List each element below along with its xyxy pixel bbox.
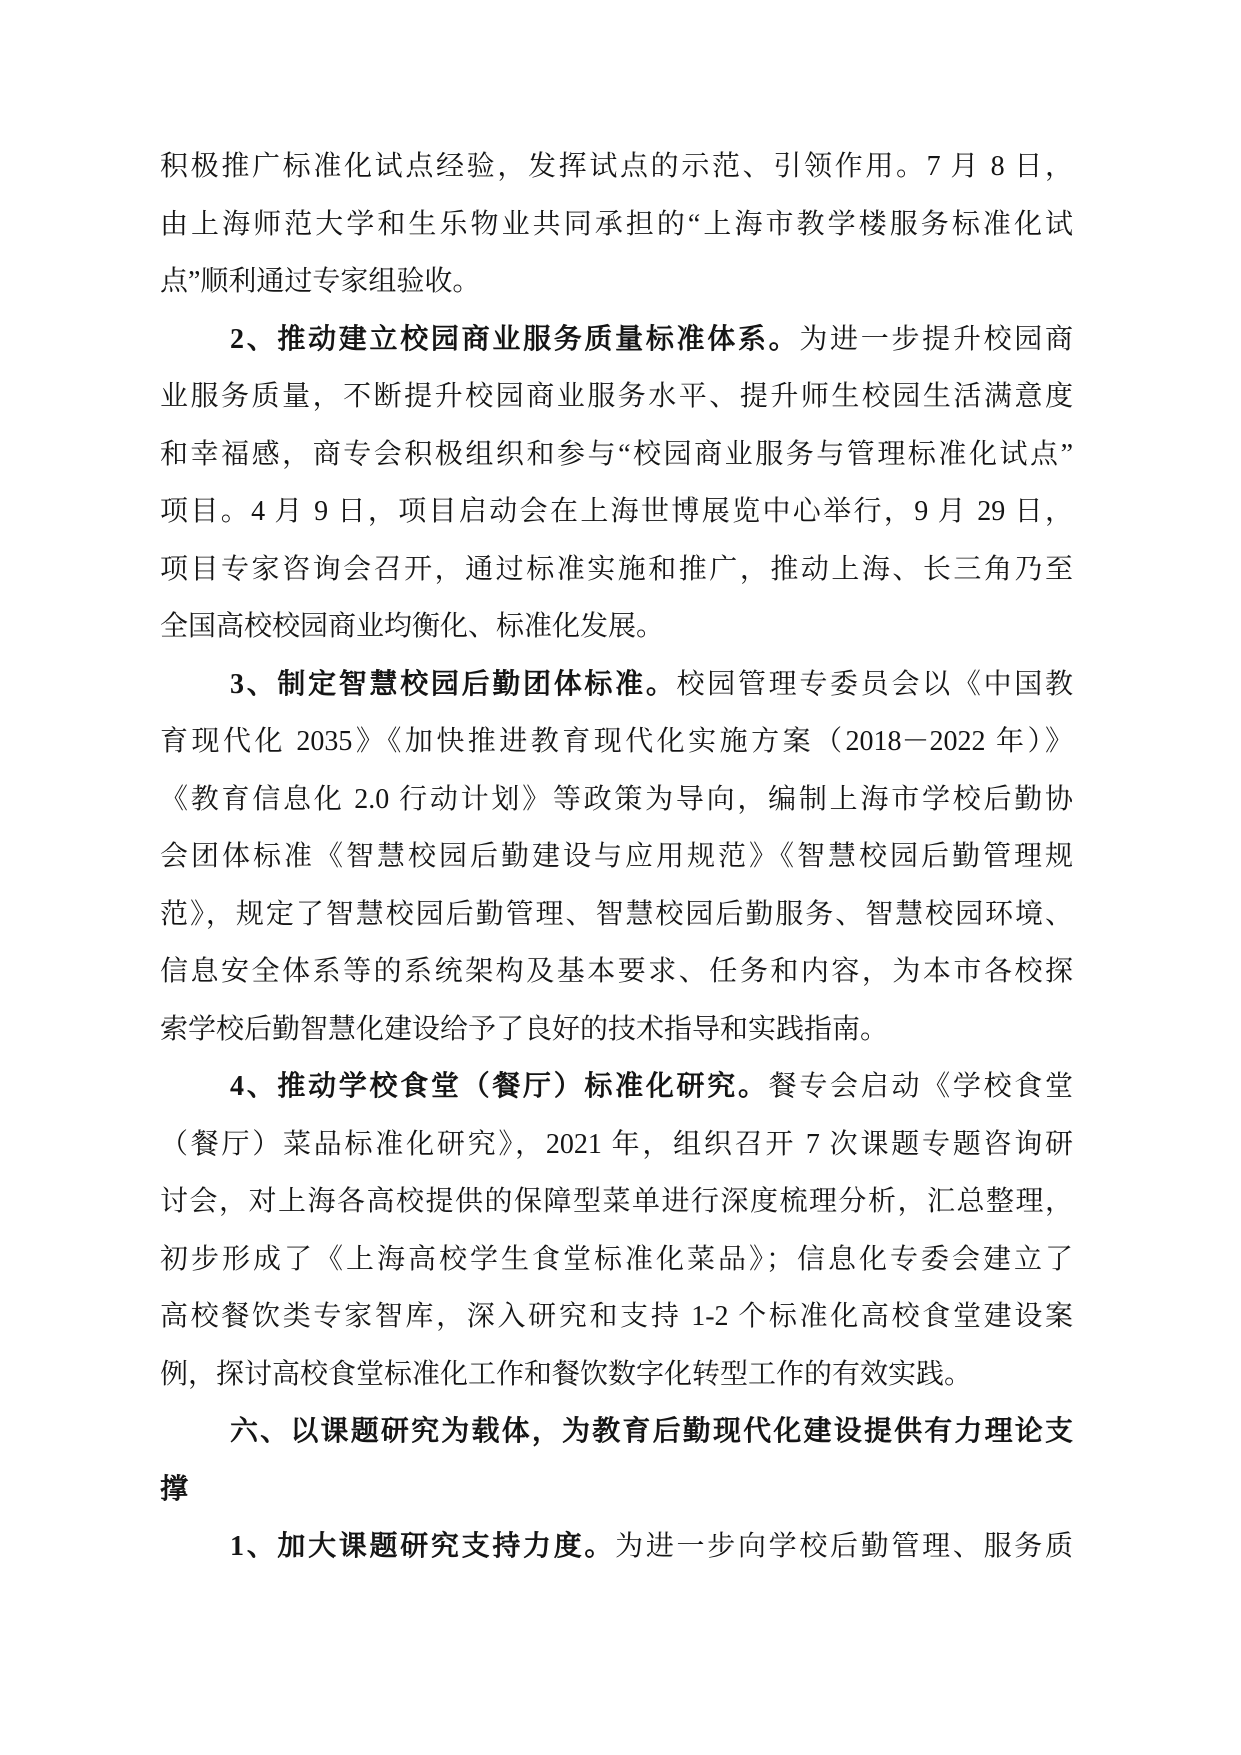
- text-line: 4、推动学校食堂（餐厅）标准化研究。餐专会启动《学校食堂: [160, 1058, 1073, 1116]
- text-line: 索学校后勤智慧化建设给予了良好的技术指导和实践指南。: [160, 1001, 1073, 1059]
- text-line: （餐厅）菜品标准化研究》，2021 年，组织召开 7 次课题专题咨询研: [160, 1116, 1073, 1174]
- text-segment: 积极推广标准化试点经验，发挥试点的示范、引领作用。7 月 8 日，: [160, 151, 1073, 182]
- text-line: 会团体标准《智慧校园后勤建设与应用规范》《智慧校园后勤管理规: [160, 828, 1073, 886]
- text-line: 和幸福感，商专会积极组织和参与“校园商业服务与管理标准化试点”: [160, 426, 1073, 484]
- text-line: 1、加大课题研究支持力度。为进一步向学校后勤管理、服务质: [160, 1518, 1073, 1576]
- text-segment: 范》，规定了智慧校园后勤管理、智慧校园后勤服务、智慧校园环境、: [160, 899, 1073, 930]
- text-segment: 《教育信息化 2.0 行动计划》等政策为导向，编制上海市学校后勤协: [160, 784, 1073, 815]
- text-segment: 信息安全体系等的系统架构及基本要求、任务和内容，为本市各校探: [160, 956, 1073, 987]
- text-line: 项目。4 月 9 日，项目启动会在上海世博展览中心举行，9 月 29 日，: [160, 483, 1073, 541]
- text-block: 积极推广标准化试点经验，发挥试点的示范、引领作用。7 月 8 日，由上海师范大学…: [160, 138, 1073, 1576]
- bold-text-segment: 2、推动建立校园商业服务质量标准体系。: [230, 324, 799, 355]
- text-segment: 项目专家咨询会召开，通过标准实施和推广，推动上海、长三角乃至: [160, 554, 1073, 585]
- text-segment: 由上海师范大学和生乐物业共同承担的“上海市教学楼服务标准化试: [160, 209, 1073, 240]
- document-page: 积极推广标准化试点经验，发挥试点的示范、引领作用。7 月 8 日，由上海师范大学…: [0, 0, 1241, 1755]
- text-line: 3、制定智慧校园后勤团体标准。校园管理专委员会以《中国教: [160, 656, 1073, 714]
- text-segment: 校园管理专委员会以《中国教: [677, 669, 1073, 700]
- text-line: 范》，规定了智慧校园后勤管理、智慧校园后勤服务、智慧校园环境、: [160, 886, 1073, 944]
- text-line: 业服务质量，不断提升校园商业服务水平、提升师生校园生活满意度: [160, 368, 1073, 426]
- text-segment: 全国高校校园商业均衡化、标准化发展。: [160, 611, 664, 642]
- text-line: 高校餐饮类专家智库，深入研究和支持 1-2 个标准化高校食堂建设案: [160, 1288, 1073, 1346]
- text-segment: 索学校后勤智慧化建设给予了良好的技术指导和实践指南。: [160, 1014, 888, 1045]
- text-segment: 点”顺利通过专家组验收。: [160, 266, 480, 297]
- text-segment: 业服务质量，不断提升校园商业服务水平、提升师生校园生活满意度: [160, 381, 1073, 412]
- text-line: 例，探讨高校食堂标准化工作和餐饮数字化转型工作的有效实践。: [160, 1346, 1073, 1404]
- text-segment: 餐专会启动《学校食堂: [769, 1071, 1073, 1102]
- text-line: 《教育信息化 2.0 行动计划》等政策为导向，编制上海市学校后勤协: [160, 771, 1073, 829]
- text-segment: 和幸福感，商专会积极组织和参与“校园商业服务与管理标准化试点”: [160, 439, 1073, 470]
- text-segment: 讨会，对上海各高校提供的保障型菜单进行深度梳理分析，汇总整理，: [160, 1186, 1073, 1217]
- bold-text-segment: 3、制定智慧校园后勤团体标准。: [230, 669, 677, 700]
- text-line: 信息安全体系等的系统架构及基本要求、任务和内容，为本市各校探: [160, 943, 1073, 1001]
- text-line: 讨会，对上海各高校提供的保障型菜单进行深度梳理分析，汇总整理，: [160, 1173, 1073, 1231]
- text-line: 撑: [160, 1461, 1073, 1519]
- bold-text-segment: 六、以课题研究为载体，为教育后勤现代化建设提供有力理论支: [230, 1416, 1073, 1447]
- text-segment: 高校餐饮类专家智库，深入研究和支持 1-2 个标准化高校食堂建设案: [160, 1301, 1073, 1332]
- text-segment: 育现代化 2035》《加快推进教育现代化实施方案（2018－2022 年）》: [160, 726, 1073, 757]
- text-line: 由上海师范大学和生乐物业共同承担的“上海市教学楼服务标准化试: [160, 196, 1073, 254]
- text-line: 初步形成了《上海高校学生食堂标准化菜品》；信息化专委会建立了: [160, 1231, 1073, 1289]
- text-line: 点”顺利通过专家组验收。: [160, 253, 1073, 311]
- text-segment: （餐厅）菜品标准化研究》，2021 年，组织召开 7 次课题专题咨询研: [160, 1129, 1073, 1160]
- text-segment: 例，探讨高校食堂标准化工作和餐饮数字化转型工作的有效实践。: [160, 1359, 972, 1390]
- text-line: 2、推动建立校园商业服务质量标准体系。为进一步提升校园商: [160, 311, 1073, 369]
- bold-text-segment: 撑: [160, 1474, 188, 1505]
- text-line: 六、以课题研究为载体，为教育后勤现代化建设提供有力理论支: [160, 1403, 1073, 1461]
- text-line: 项目专家咨询会召开，通过标准实施和推广，推动上海、长三角乃至: [160, 541, 1073, 599]
- text-line: 全国高校校园商业均衡化、标准化发展。: [160, 598, 1073, 656]
- bold-text-segment: 1、加大课题研究支持力度。: [230, 1531, 615, 1562]
- text-line: 育现代化 2035》《加快推进教育现代化实施方案（2018－2022 年）》: [160, 713, 1073, 771]
- text-segment: 初步形成了《上海高校学生食堂标准化菜品》；信息化专委会建立了: [160, 1244, 1073, 1275]
- bold-text-segment: 4、推动学校食堂（餐厅）标准化研究。: [230, 1071, 769, 1102]
- text-line: 积极推广标准化试点经验，发挥试点的示范、引领作用。7 月 8 日，: [160, 138, 1073, 196]
- text-segment: 会团体标准《智慧校园后勤建设与应用规范》《智慧校园后勤管理规: [160, 841, 1073, 872]
- text-segment: 为进一步提升校园商: [799, 324, 1073, 355]
- text-segment: 为进一步向学校后勤管理、服务质: [615, 1531, 1073, 1562]
- text-segment: 项目。4 月 9 日，项目启动会在上海世博展览中心举行，9 月 29 日，: [160, 496, 1073, 527]
